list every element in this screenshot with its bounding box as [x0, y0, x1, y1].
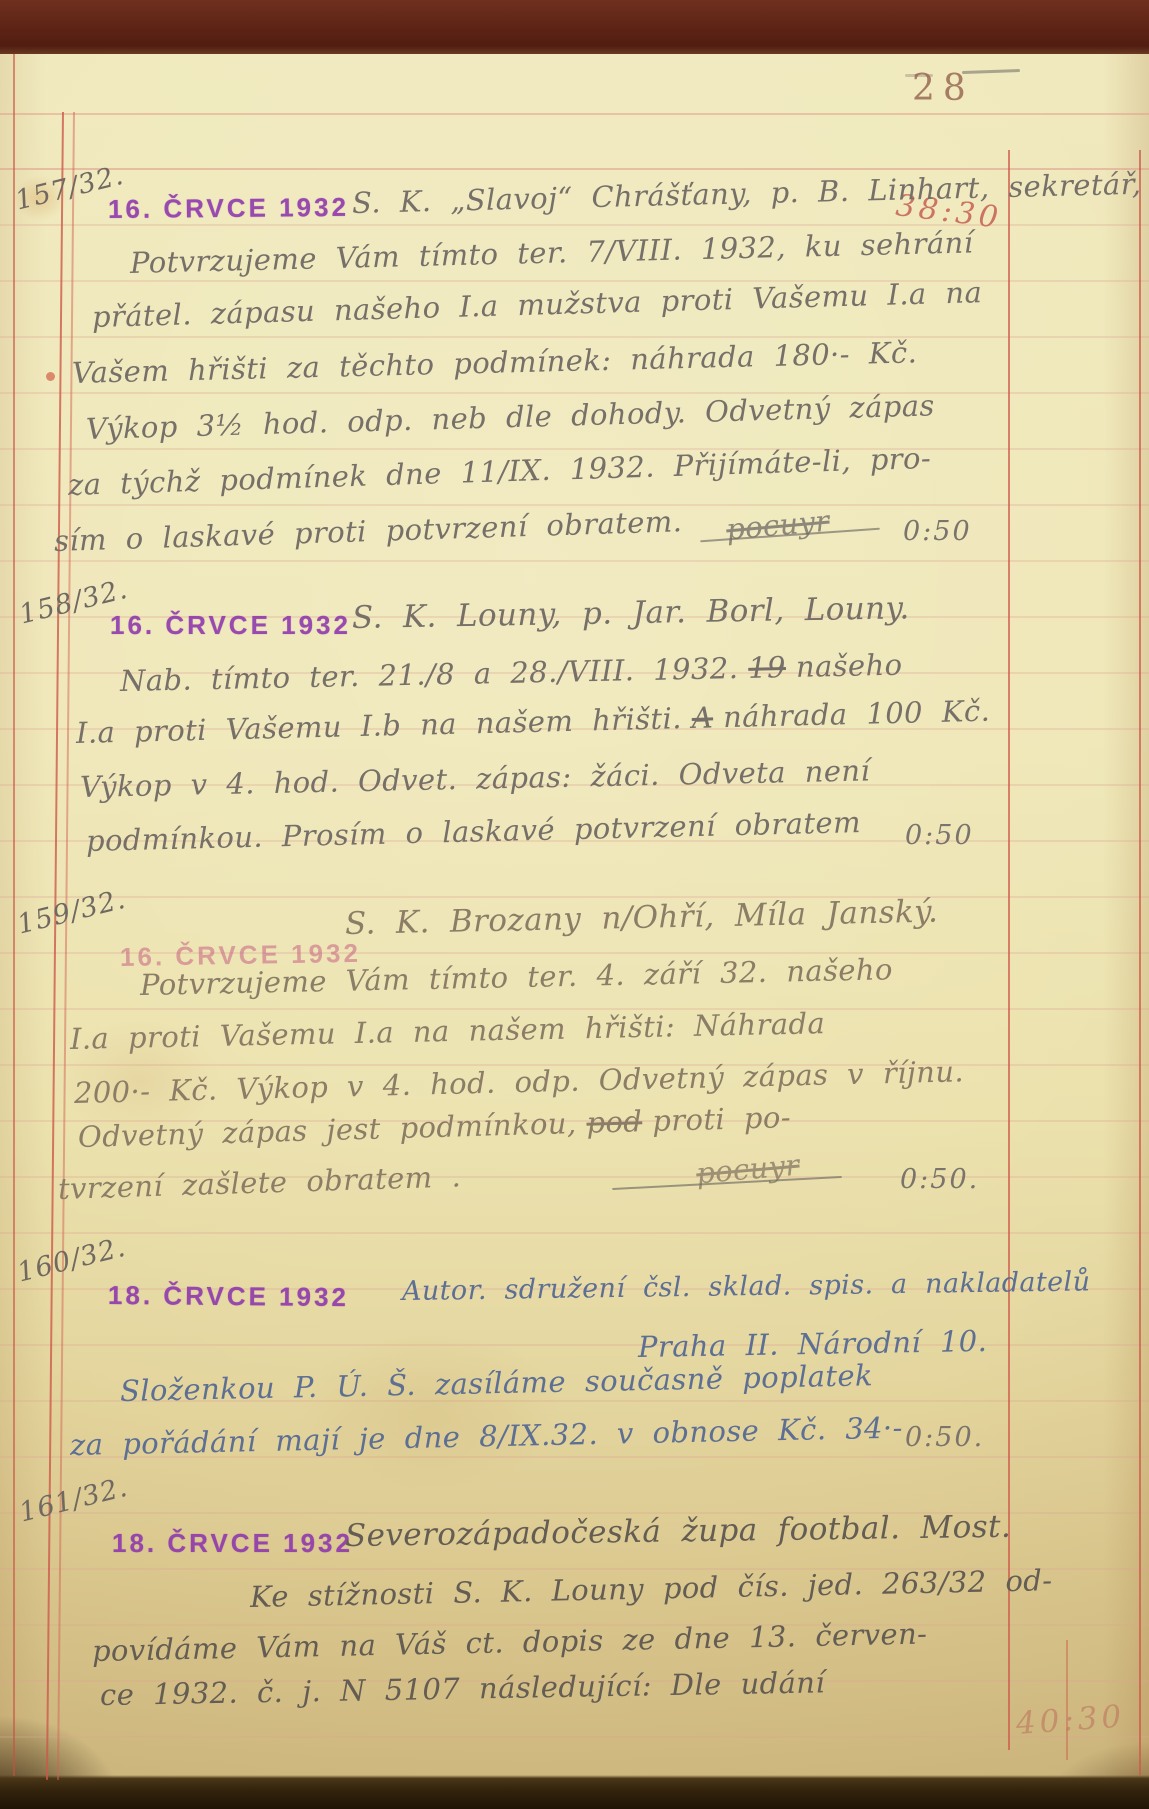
body-line: povídáme Vám na Váš ct. dopis ze dne 13.… [92, 1617, 928, 1668]
amount-column-line-short [1066, 1640, 1068, 1760]
date-stamp: 18. ČRVCE 1932 [112, 1528, 353, 1559]
entry-ref: 159/32. [14, 884, 129, 941]
fee-amount: 0:50. [905, 1422, 984, 1453]
addressee-line: S. K. Brozany n/Ohří, Míla Janský. [345, 894, 939, 942]
body-line: ce 1932. č. j. N 5107 následující: Dle u… [100, 1665, 826, 1712]
carried-total-bottom: 40:30 [1015, 1698, 1127, 1742]
header-ruled-line [0, 168, 1149, 170]
body-line: tvrzení zašlete obratem . [57, 1159, 461, 1206]
addressee-line: S. K. Louny, p. Jar. Borl, Louny. [352, 590, 910, 636]
body-line: za pořádání mají je dne 8/IX.32. v obnos… [70, 1411, 903, 1462]
struck-word: 19 [748, 650, 786, 685]
scan-top-band [0, 0, 1149, 54]
scan-bottom-band [0, 1775, 1149, 1809]
date-stamp: 16. ČRVCE 1932 [108, 192, 349, 225]
fee-amount: 0:50 [903, 516, 972, 547]
body-line: Výkop v 4. hod. Odvet. zápas: žáci. Odve… [80, 753, 871, 804]
struck-word: A [691, 700, 713, 735]
ink-dot-stain [46, 372, 55, 381]
body-line: 200·- Kč. Výkop v 4. hod. odp. Odvetný z… [74, 1054, 965, 1110]
body-line: Vašem hřišti za těchto podmínek: náhrada… [72, 335, 918, 390]
body-line: Odvetný zápas jest podmínkou,podproti po… [78, 1100, 792, 1154]
line-text: Odvetný zápas jest podmínkou, [78, 1106, 577, 1154]
page-number-stamp: 28 [912, 68, 974, 109]
date-stamp: 18. ČRVCE 1932 [108, 1280, 349, 1313]
line-text: našeho [796, 648, 903, 684]
fee-amount: 0:50. [900, 1164, 979, 1195]
addressee-line: S. K. „Slavoj“ Chrášťany, p. B. Linhart,… [352, 167, 1142, 220]
body-line: Ke stížnosti S. K. Louny pod čís. jed. 2… [250, 1563, 1053, 1614]
margin-line [46, 112, 75, 1780]
line-text: I.a proti Vašemu I.b na našem hřišti. [76, 701, 683, 750]
body-line: I.a proti Vašemu I.b na našem hřišti.Aná… [76, 694, 991, 750]
body-line: podmínkou. Prosím o laskavé potvrzení ob… [86, 805, 862, 858]
right-edge-line [1139, 150, 1141, 1775]
addressee-line: Autor. sdružení čsl. sklad. spis. a nakl… [402, 1266, 1091, 1307]
line-text: náhrada 100 Kč. [723, 694, 991, 735]
body-line: za týchž podmínek dne 11/IX. 1932. Přijí… [67, 441, 931, 502]
body-line: sím o laskavé proti potvrzení obratem. [53, 504, 682, 558]
body-line: Výkop 3½ hod. odp. neb dle dohody. Odvet… [86, 388, 936, 446]
struck-word: pocuyr [725, 504, 831, 547]
line-text: Nab. tímto ter. 21./8 a 28./VIII. 1932. [120, 651, 739, 698]
header-ruled-line [0, 113, 1149, 115]
paper-stain [300, 1330, 560, 1490]
date-stamp: 16. ČRVCE 1932 [110, 610, 351, 641]
ledger-page: 28 38:30 157/32. 16. ČRVCE 1932 S. K. „S… [0, 0, 1149, 1809]
struck-word: pod [586, 1104, 643, 1140]
addressee-line: Severozápadočeská župa footbal. Most. [345, 1509, 1012, 1554]
body-line: přátel. zápasu našeho I.a mužstva proti … [92, 275, 983, 334]
body-line: Potvrzujeme Vám tímto ter. 7/VIII. 1932,… [130, 225, 974, 280]
body-line: Složenkou P. Ú. Š. zasíláme současně pop… [120, 1358, 874, 1408]
address-line-2: Praha II. Národní 10. [638, 1324, 988, 1364]
body-line: I.a proti Vašemu I.a na našem hřišti: Ná… [70, 1006, 826, 1056]
entry-ref: 161/32. [16, 1472, 131, 1529]
fee-amount: 0:50 [905, 820, 974, 851]
line-text: proti po- [652, 1100, 792, 1138]
body-line: Nab. tímto ter. 21./8 a 28./VIII. 1932.1… [120, 648, 903, 698]
